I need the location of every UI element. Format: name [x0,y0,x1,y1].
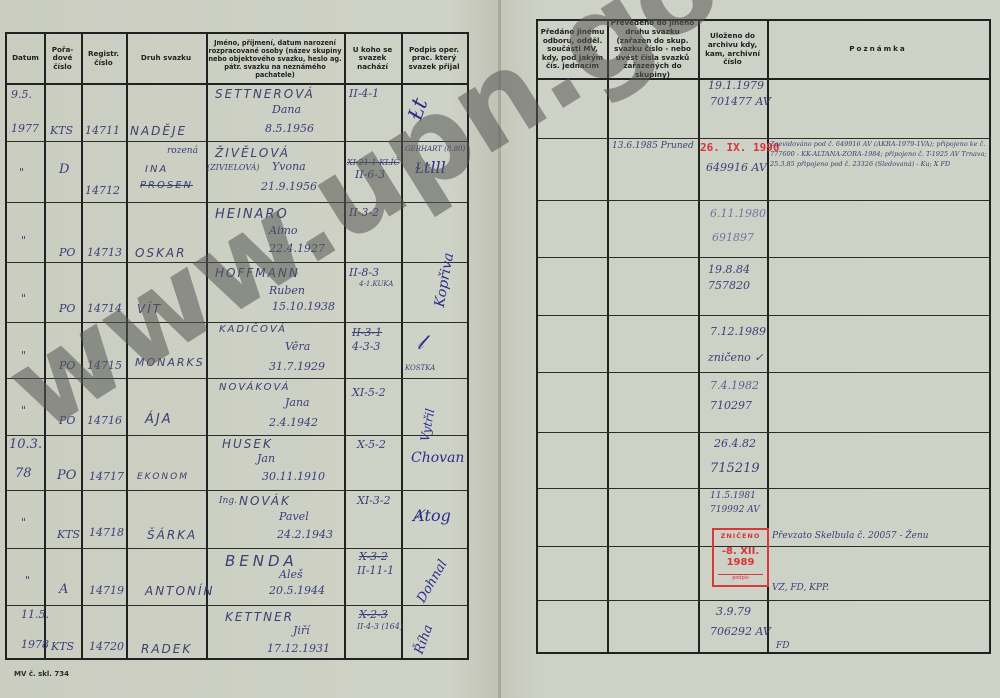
cell-location2: II-6-3 [355,168,385,181]
cell-registr: 14714 [87,302,122,315]
cell-surname: KADIČOVÁ [219,324,287,335]
left-register-table: Datum Pořa-dové číslo Registr. číslo Dru… [5,32,469,660]
signature: Chovan [411,450,464,466]
transfer-note: 13.6.1985 Pruned [612,141,694,151]
cell-registr: 14720 [89,640,124,653]
cell-born: 17.12.1931 [267,642,330,655]
right-register-table: Předáno jinému odboru, odděl. součásti M… [536,19,991,654]
header-druh-svazku: Druh svazku [126,34,206,83]
signature: Vytřil [418,407,438,442]
cell-druh: ŠÁRKA [147,528,197,542]
cell-druh-crossed: PROSEN [140,180,193,191]
header-datum: Datum [7,34,44,83]
cell-surname-prefix: rozená [167,146,198,156]
cell-datum-year: 1977 [11,122,39,135]
cell-druh: ANTONÍN [145,584,214,598]
cell-poradove: D [59,162,69,177]
archive-date: 6.11.1980 [710,207,766,220]
cell-registr: 14711 [85,124,120,137]
remark: Převzato Skelbula č. 20057 - Ženu [772,531,929,541]
archive-date: 7.12.1989 [710,325,766,338]
cell-datum: " [21,349,26,362]
cell-location: II-3-2 [349,206,379,219]
cell-surname: HEINARO [215,207,289,222]
cell-datum: " [19,166,24,179]
signature: Kopřiva [432,252,457,309]
cell-firstname: Aleš [279,568,303,581]
cell-firstname: Pavel [279,510,309,523]
cell-registr: 14719 [89,584,124,597]
archive-number: 649916 AV [706,161,767,174]
cell-druh: INA [145,164,168,175]
cell-poradove: A [59,582,68,597]
archive-stamp-date: 26. IX. 1990 [700,141,779,154]
cell-born: 30.11.1910 [262,470,325,483]
signature: Říha [412,623,436,656]
cell-surname: ŽIVĚLOVÁ [215,146,290,160]
cell-surname: HOFFMANN [215,266,300,280]
cell-location: XI-5-2 [352,386,386,399]
footer-note: FD [776,641,789,651]
cell-born: 2.4.1942 [269,416,318,429]
cell-firstname: Dana [272,103,301,116]
book-fold [498,0,501,698]
header-predano: Předáno jinému odboru, odděl. součásti M… [538,21,607,78]
cell-surname: NOVÁK [239,494,291,508]
cell-druh: NADĚJE [130,124,187,138]
cell-location: XI-21-1 KLÍČ [347,158,400,167]
cell-firstname: Yvona [272,160,306,173]
cell-location2: 4-3-3 [352,340,380,353]
cell-firstname: Jana [285,396,310,409]
archive-date: 7.4.1982 [710,379,759,392]
cell-firstname: Věra [285,340,310,353]
cell-datum: 9.5. [11,88,32,101]
archive-date: 19.1.1979 [708,79,764,92]
header-u-koho: U koho se svazek nachází [344,34,401,83]
cell-poradove: PO [59,359,75,372]
cell-location: II-8-3 [349,266,379,279]
header-podpis: Podpis oper. prac. který svazek přijal [401,34,467,83]
cell-datum: " [21,292,26,305]
signature: Ɫt [402,95,434,124]
stamp-signature-line: podpis [718,574,763,581]
cell-poradove: PO [59,246,75,259]
archive-date: 11.5.1981 [710,491,756,501]
cell-poradove: KTS [51,640,74,653]
cell-datum: " [21,404,26,417]
cell-druh: MONARKS [135,356,205,369]
cell-registr: 14712 [85,184,120,197]
header-ulozeno: Uloženo do archivu kdy, kam, archivní čí… [698,21,767,78]
stamp-title: ZNIČENO [714,532,767,540]
signature: Ɫtlll [415,158,446,178]
cell-datum: 11.5. [21,608,49,621]
cell-poradove: PO [59,302,75,315]
archive-date: 3.9.79 [716,605,751,618]
archive-number: 719992 AV [710,505,760,515]
signature: Ⱥtog [413,506,451,525]
signature: Dohnal [414,557,450,605]
cell-poradove: PO [57,468,76,483]
archive-date: 19.8.84 [708,263,750,276]
cell-druh: EKONOM [137,472,189,482]
cell-born: 22.4.1927 [269,242,325,255]
remark-2: VZ, FD, KPP. [772,583,829,593]
cell-born: 31.7.1929 [269,360,325,373]
cell-poradove: PO [59,414,75,427]
signature: 𝓁 [417,330,424,354]
header-poradove-cislo: Pořa-dové číslo [44,34,81,83]
cell-surname: NOVÁKOVÁ [219,382,291,393]
cell-datum-year: 1978 [21,638,49,651]
cell-location: X-2-3 [359,608,388,621]
cell-druh: VÍT [137,302,162,316]
form-code: MV č. skl. 734 [14,670,69,678]
cell-born: 20.5.1944 [269,584,325,597]
cell-registr: 14713 [87,246,122,259]
header-poznamka: Poznámka [767,21,989,78]
cell-firstname: Ruben [269,284,305,297]
cell-druh: OSKAR [135,246,186,260]
archive-number: 706292 AV [710,625,771,638]
cell-poradove: KTS [50,124,73,137]
cell-born: 15.10.1938 [272,300,335,313]
cell-registr: 14717 [89,470,124,483]
remark: Zaevidováno pod č. 649916 AV (AKRA-1979-… [770,139,988,169]
cell-datum: 10.3. [9,437,42,452]
cell-registr: 14716 [87,414,122,427]
header-jmeno: Jméno, příjmení, datum narození rozpraco… [206,34,344,83]
destroyed-stamp: ZNIČENO -8. XII. 1989 podpis [712,528,769,587]
cell-born: 8.5.1956 [265,122,314,135]
cell-datum-year: 78 [15,466,32,481]
signature-note: KOSTKA [405,364,435,372]
stamp-date: -8. XII. 1989 [714,546,767,568]
cell-location: XI-3-2 [357,494,391,507]
cell-location: II-4-1 [349,87,379,100]
archive-status: zničeno ✓ [708,351,764,364]
cell-surname-alt: (ZIVIELOVÁ) [207,163,259,172]
cell-location: II-3-1 [352,326,382,339]
cell-firstname: Aimo [269,224,298,237]
cell-location2: II-11-1 [357,564,394,577]
cell-surname-prefix: Ing. [219,496,237,506]
cell-firstname: Jan [257,452,275,465]
cell-surname: KETTNER [225,610,294,624]
cell-poradove: KTS [57,528,80,541]
cell-datum: " [21,516,26,529]
archive-date: 26.4.82 [714,437,756,450]
cell-born: 24.2.1943 [277,528,333,541]
signature-note: GERHART (8.80) [405,145,465,153]
cell-datum: " [21,234,26,247]
archive-number: 710297 [710,399,752,412]
archive-number: 701477 AV [710,95,771,108]
cell-druh: ÁJA [145,412,173,427]
cell-registr: 14718 [89,526,124,539]
cell-location2: 4-1.KUKA [359,280,393,288]
cell-surname: SETTNEROVÁ [215,87,315,101]
cell-registr: 14715 [87,359,122,372]
cell-location2: II-4-3 (164) [357,622,403,631]
archive-number: 691897 [712,231,754,244]
cell-location: X-3-2 [359,550,388,563]
header-registr-cislo: Registr. číslo [81,34,126,83]
header-prevedeno: Převedeno do jiného druhu svazku (zařaze… [607,21,698,78]
cell-location: X-5-2 [357,438,386,451]
cell-druh: RADEK [141,642,192,656]
cell-born: 21.9.1956 [261,180,317,193]
archive-number: 757820 [708,279,750,292]
cell-surname: HUSEK [222,437,273,451]
archive-number: 715219 [710,461,760,476]
cell-firstname: Jiří [293,624,310,637]
cell-datum: " [25,574,30,587]
